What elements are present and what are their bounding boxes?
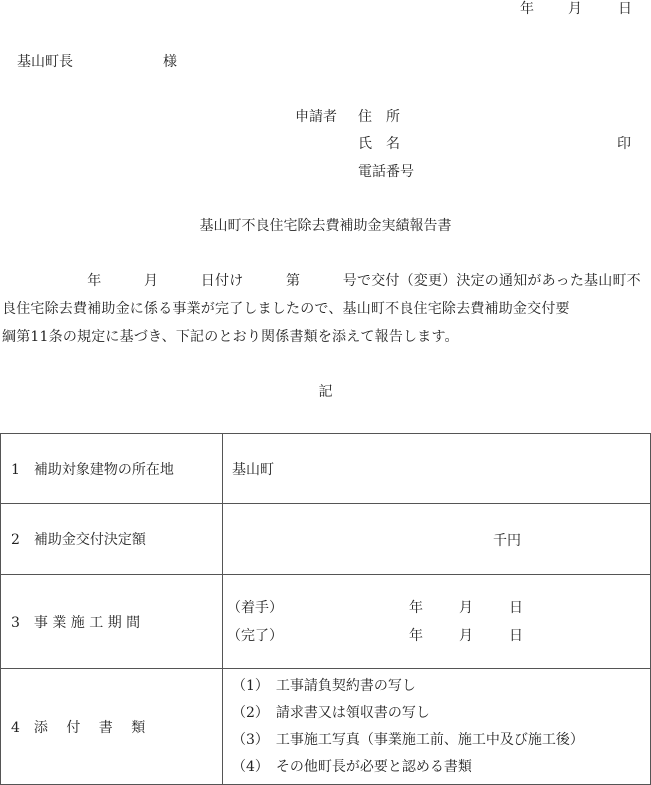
date-day-label: 日: [618, 0, 632, 18]
start-month: 月: [459, 599, 473, 617]
end-month: 月: [459, 627, 473, 645]
row-label: 1 補助対象建物の所在地: [1, 434, 223, 504]
start-day: 日: [509, 599, 523, 617]
date-year-label: 年: [520, 0, 534, 18]
attachment-item: （2） 請求書又は領収書の写し: [232, 700, 650, 727]
start-label: （着手）: [227, 599, 283, 617]
seal-label: 印: [617, 135, 631, 153]
ki-heading: 記: [0, 383, 651, 401]
end-day: 日: [509, 627, 523, 645]
row-label: 4 添 付 書 類: [1, 669, 223, 785]
construction-period-field[interactable]: （着手） 年 月 日 （完了） 年 月 日: [223, 575, 651, 669]
row-label: 2 補助金交付決定額: [1, 504, 223, 575]
end-label: （完了）: [227, 627, 283, 645]
attachment-item: （4） その他町長が必要と認める書類: [232, 754, 650, 781]
table-row: 2 補助金交付決定額 千円: [1, 504, 651, 575]
amount-unit: 千円: [493, 530, 521, 550]
name-label: 氏 名: [358, 135, 400, 153]
table-row: 1 補助対象建物の所在地 基山町: [1, 434, 651, 504]
honorific: 様: [163, 53, 177, 71]
building-location-field[interactable]: 基山町: [223, 434, 651, 504]
addressee: 基山町長: [17, 53, 73, 71]
date-month-label: 月: [568, 0, 582, 18]
start-year: 年: [409, 599, 423, 617]
subsidy-amount-field[interactable]: 千円: [223, 504, 651, 575]
attachment-item: （1） 工事請負契約書の写し: [232, 673, 650, 700]
attachments-list: （1） 工事請負契約書の写し （2） 請求書又は領収書の写し （3） 工事施工写…: [223, 669, 651, 785]
body-line: 年 月 日付け 第 号で交付（変更）決定の通知があった基山町不: [2, 267, 651, 295]
address-label: 住 所: [358, 108, 400, 126]
attachment-item: （3） 工事施工写真（事業施工前、施工中及び施工後）: [232, 727, 650, 754]
table-row: 4 添 付 書 類 （1） 工事請負契約書の写し （2） 請求書又は領収書の写し…: [1, 669, 651, 785]
body-line: 良住宅除去費補助金に係る事業が完了しましたので、基山町不良住宅除去費補助金交付要: [2, 295, 651, 323]
submission-date: 年 月 日: [0, 0, 651, 18]
applicant-role-label: 申請者: [295, 108, 337, 126]
body-line: 綱第11条の規定に基づき、下記のとおり関係書類を添えて報告します。: [2, 323, 651, 351]
end-year: 年: [409, 627, 423, 645]
report-body: 年 月 日付け 第 号で交付（変更）決定の通知があった基山町不 良住宅除去費補助…: [2, 267, 651, 351]
table-row: 3 事 業 施 工 期 間 （着手） 年 月 日 （完了） 年 月 日: [1, 575, 651, 669]
phone-label: 電話番号: [358, 163, 414, 181]
row-label: 3 事 業 施 工 期 間: [1, 575, 223, 669]
document-title: 基山町不良住宅除去費補助金実績報告書: [0, 217, 651, 235]
report-table: 1 補助対象建物の所在地 基山町 2 補助金交付決定額 千円 3 事 業 施 工…: [0, 433, 651, 785]
